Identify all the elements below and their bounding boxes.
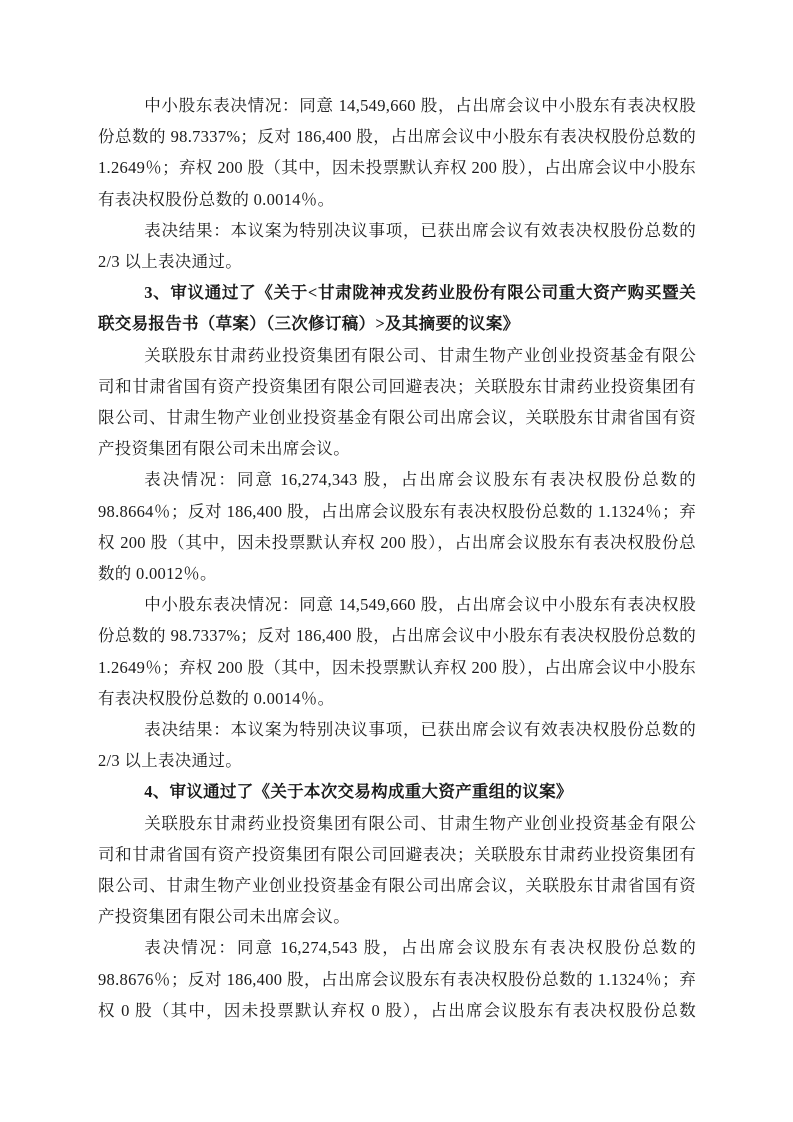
document-body: 中小股东表决情况：同意 14,549,660 股，占出席会议中小股东有表决权股份…: [98, 90, 696, 1026]
para-vote-details-proposal4-truncated: 表决情况：同意 16,274,543 股，占出席会议股东有表决权股份总数的 98…: [98, 932, 696, 1026]
heading-proposal-3: 3、审议通过了《关于<甘肃陇神戎发药业股份有限公司重大资产购买暨关联交易报告书（…: [98, 277, 696, 339]
heading-proposal-4: 4、审议通过了《关于本次交易构成重大资产重组的议案》: [98, 776, 696, 807]
document-page: 中小股东表决情况：同意 14,549,660 股，占出席会议中小股东有表决权股份…: [0, 0, 793, 1122]
para-minority-shareholder-vote-proposal3: 中小股东表决情况：同意 14,549,660 股，占出席会议中小股东有表决权股份…: [98, 589, 696, 714]
para-vote-details-proposal3: 表决情况：同意 16,274,343 股，占出席会议股东有表决权股份总数的 98…: [98, 464, 696, 589]
para-vote-result-proposal2: 表决结果：本议案为特别决议事项，已获出席会议有效表决权股份总数的 2/3 以上表…: [98, 215, 696, 277]
para-related-shareholders-proposal3: 关联股东甘肃药业投资集团有限公司、甘肃生物产业创业投资基金有限公司和甘肃省国有资…: [98, 340, 696, 465]
para-related-shareholders-proposal4: 关联股东甘肃药业投资集团有限公司、甘肃生物产业创业投资基金有限公司和甘肃省国有资…: [98, 808, 696, 933]
para-vote-result-proposal3: 表决结果：本议案为特别决议事项，已获出席会议有效表决权股份总数的 2/3 以上表…: [98, 714, 696, 776]
para-minority-shareholder-vote-proposal2: 中小股东表决情况：同意 14,549,660 股，占出席会议中小股东有表决权股份…: [98, 90, 696, 215]
